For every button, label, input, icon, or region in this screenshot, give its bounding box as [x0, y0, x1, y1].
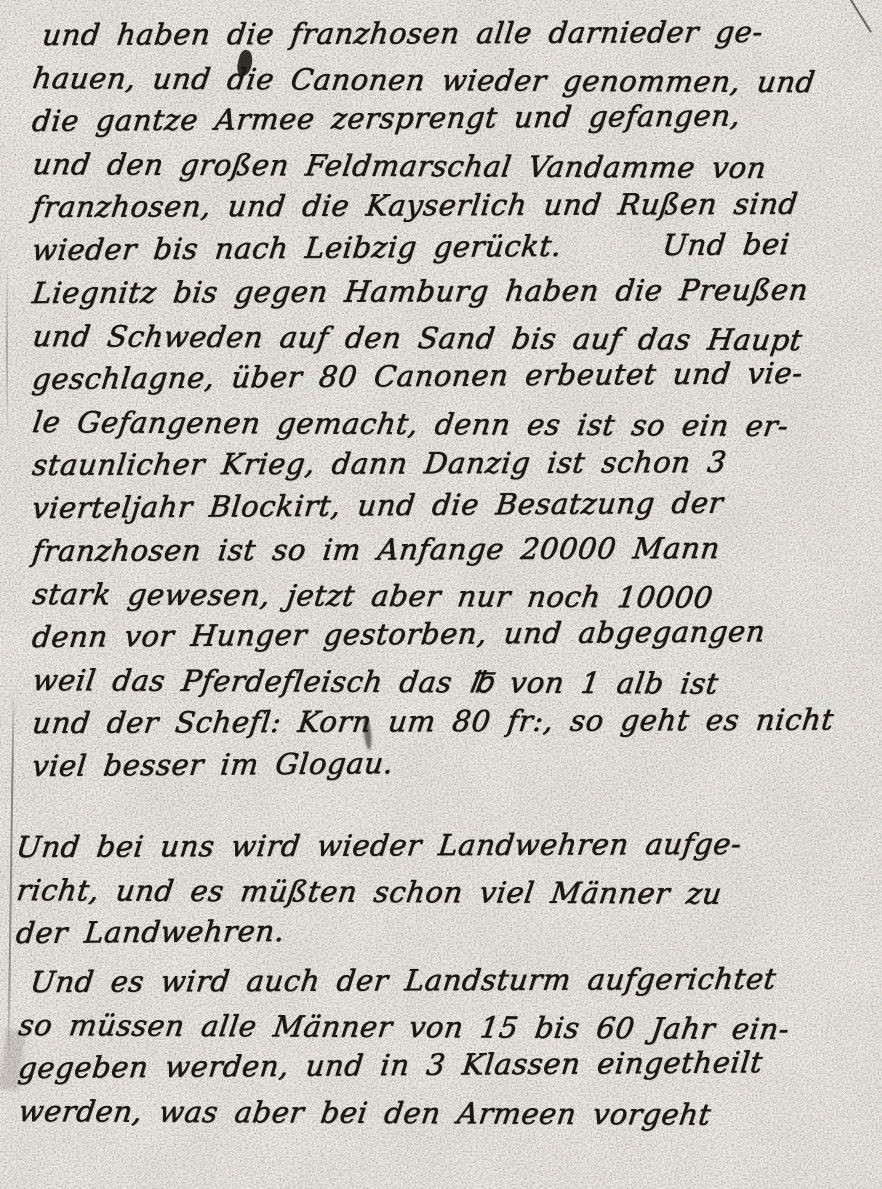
manuscript-line: und haben die franzhosen alle darnieder …: [30, 10, 874, 57]
paragraph-war-news: und haben die franzhosen alle darnieder …: [30, 14, 868, 788]
manuscript-line: staunlicher Krieg, dann Danzig ist schon…: [30, 440, 874, 487]
manuscript-line: Und es wird auch der Landsturm aufgerich…: [16, 957, 874, 1004]
manuscript-line: Liegnitz bis gegen Hamburg haben die Pre…: [30, 268, 874, 315]
scan-edge-artifact: [6, 260, 8, 440]
manuscript-line: viel besser im Glogau.: [30, 738, 873, 788]
manuscript-line: die gantze Armee zersprengt und gefangen…: [30, 93, 873, 143]
paragraph-landwehr: Und bei uns wird wieder Landwehren aufge…: [14, 826, 868, 955]
manuscript-line: franzhosen, und die Kayserlich und Rußen…: [30, 182, 874, 229]
manuscript-line: werden, was aber bei den Armeen vorgeht: [16, 1090, 873, 1137]
manuscript-line: wieder bis nach Leibzig gerückt. Und bei: [30, 222, 873, 272]
manuscript-line: der Landwehren.: [14, 905, 873, 955]
manuscript-line: Und bei uns wird wieder Landwehren aufge…: [14, 822, 874, 869]
manuscript-text: und haben die franzhosen alle darnieder …: [30, 14, 868, 1133]
manuscript-line: franzhosen ist so im Anfange 20000 Mann: [30, 526, 874, 573]
paragraph-landsturm: Und es wird auch der Landsturm aufgerich…: [16, 961, 868, 1133]
manuscript-line: und der Schefl: Korn um 80 fr:, so geht …: [30, 698, 874, 745]
manuscript-page: und haben die franzhosen alle darnieder …: [0, 0, 882, 1189]
manuscript-line: gegeben werden, und in 3 Klassen eingeth…: [16, 1040, 873, 1090]
manuscript-line: geschlagne, über 80 Canonen erbeutet und…: [30, 351, 873, 401]
manuscript-line: denn vor Hunger gestorben, und abgegange…: [30, 609, 873, 659]
manuscript-line: vierteljahr Blockirt, und die Besatzung …: [30, 480, 873, 530]
